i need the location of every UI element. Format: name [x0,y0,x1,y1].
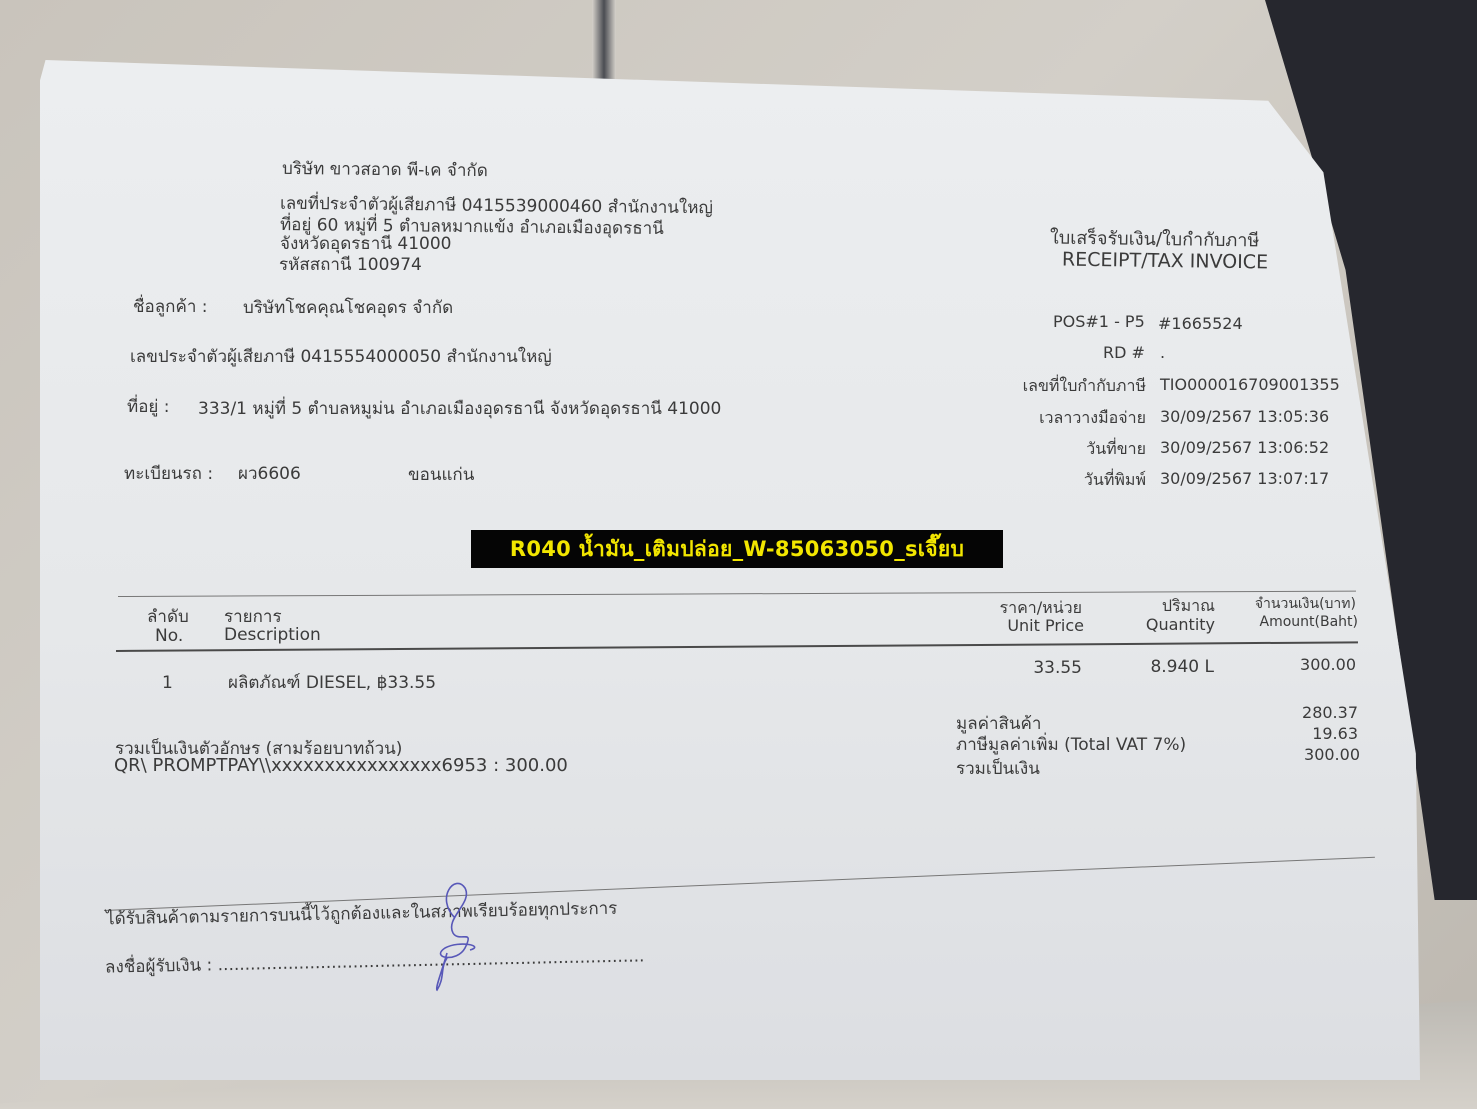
total-value: 300.00 [1250,745,1360,764]
seller-name: บริษัท ขาวสอาด พี-เค จำกัด [282,155,488,184]
row-description: ผลิตภัณฑ์ DIESEL, ฿33.55 [228,669,436,696]
document-title-en: RECEIPT/TAX INVOICE [1062,249,1268,274]
annotation-banner: R040 น้ำมัน_เติมปล่อย_W-85063050_sเจี๊ยบ [471,530,1003,568]
row-amount: 300.00 [1250,655,1356,674]
pos-number: #1665524 [1158,314,1243,333]
seat-gap [592,0,616,80]
customer-address: 333/1 หมู่ที่ 5 ตำบลหมูม่น อำเภอเมืองอุด… [198,395,721,422]
annotation-banner-text: R040 น้ำมัน_เติมปล่อย_W-85063050_sเจี๊ยบ [510,533,964,566]
row-unit-price: 33.55 [980,658,1082,678]
total-label: รวมเป็นเงิน [956,755,1040,782]
vehicle-province: ขอนแก่น [408,461,474,488]
signature-mark [425,878,505,998]
header-amount-en: Amount(Baht) [1220,614,1358,630]
meta-value: 30/09/2567 13:07:17 [1160,469,1329,488]
rd-value: . [1160,343,1165,362]
header-unit-price-en: Unit Price [960,616,1084,635]
vat-label: ภาษีมูลค่าเพิ่ม (Total VAT 7%) [956,731,1186,758]
customer-tax-id: เลขประจำตัวผู้เสียภาษี 0415554000050 สำน… [130,343,552,370]
vehicle-plate-label: ทะเบียนรถ : [124,460,213,487]
customer-name: บริษัทโชคคุณโชคอุดร จำกัด [243,294,453,321]
pos-id: POS#1 - P5 [1053,312,1145,331]
payment-line: QR\ PROMPTPAY\\xxxxxxxxxxxxxxxx6953 : 30… [114,755,568,776]
meta-value: 30/09/2567 13:06:52 [1160,438,1329,457]
customer-name-label: ชื่อลูกค้า : [133,293,208,320]
customer-address-label: ที่อยู่ : [127,393,170,420]
vehicle-plate: ผว6606 [238,460,301,487]
header-no-en: No. [155,626,183,646]
rd-label: RD # [1103,343,1145,362]
meta-value: 30/09/2567 13:05:36 [1160,407,1329,426]
meta-value: TIO000016709001355 [1160,375,1340,394]
subtotal-value: 280.37 [1250,703,1358,722]
seller-station-code: รหัสสถานี 100974 [279,251,422,278]
header-amount-th: จำนวนเงิน(บาท) [1220,593,1356,615]
meta-label: เลขที่ใบกำกับภาษี [960,374,1146,399]
row-no: 1 [162,673,173,693]
row-quantity: 8.940 L [1110,657,1214,677]
vat-value: 19.63 [1250,724,1358,743]
header-description-en: Description [224,625,321,645]
meta-label: เวลาวางมือจ่าย [960,406,1146,431]
meta-label: วันที่พิมพ์ [960,468,1146,493]
meta-label: วันที่ขาย [960,437,1146,462]
header-quantity-en: Quantity [1100,615,1215,634]
